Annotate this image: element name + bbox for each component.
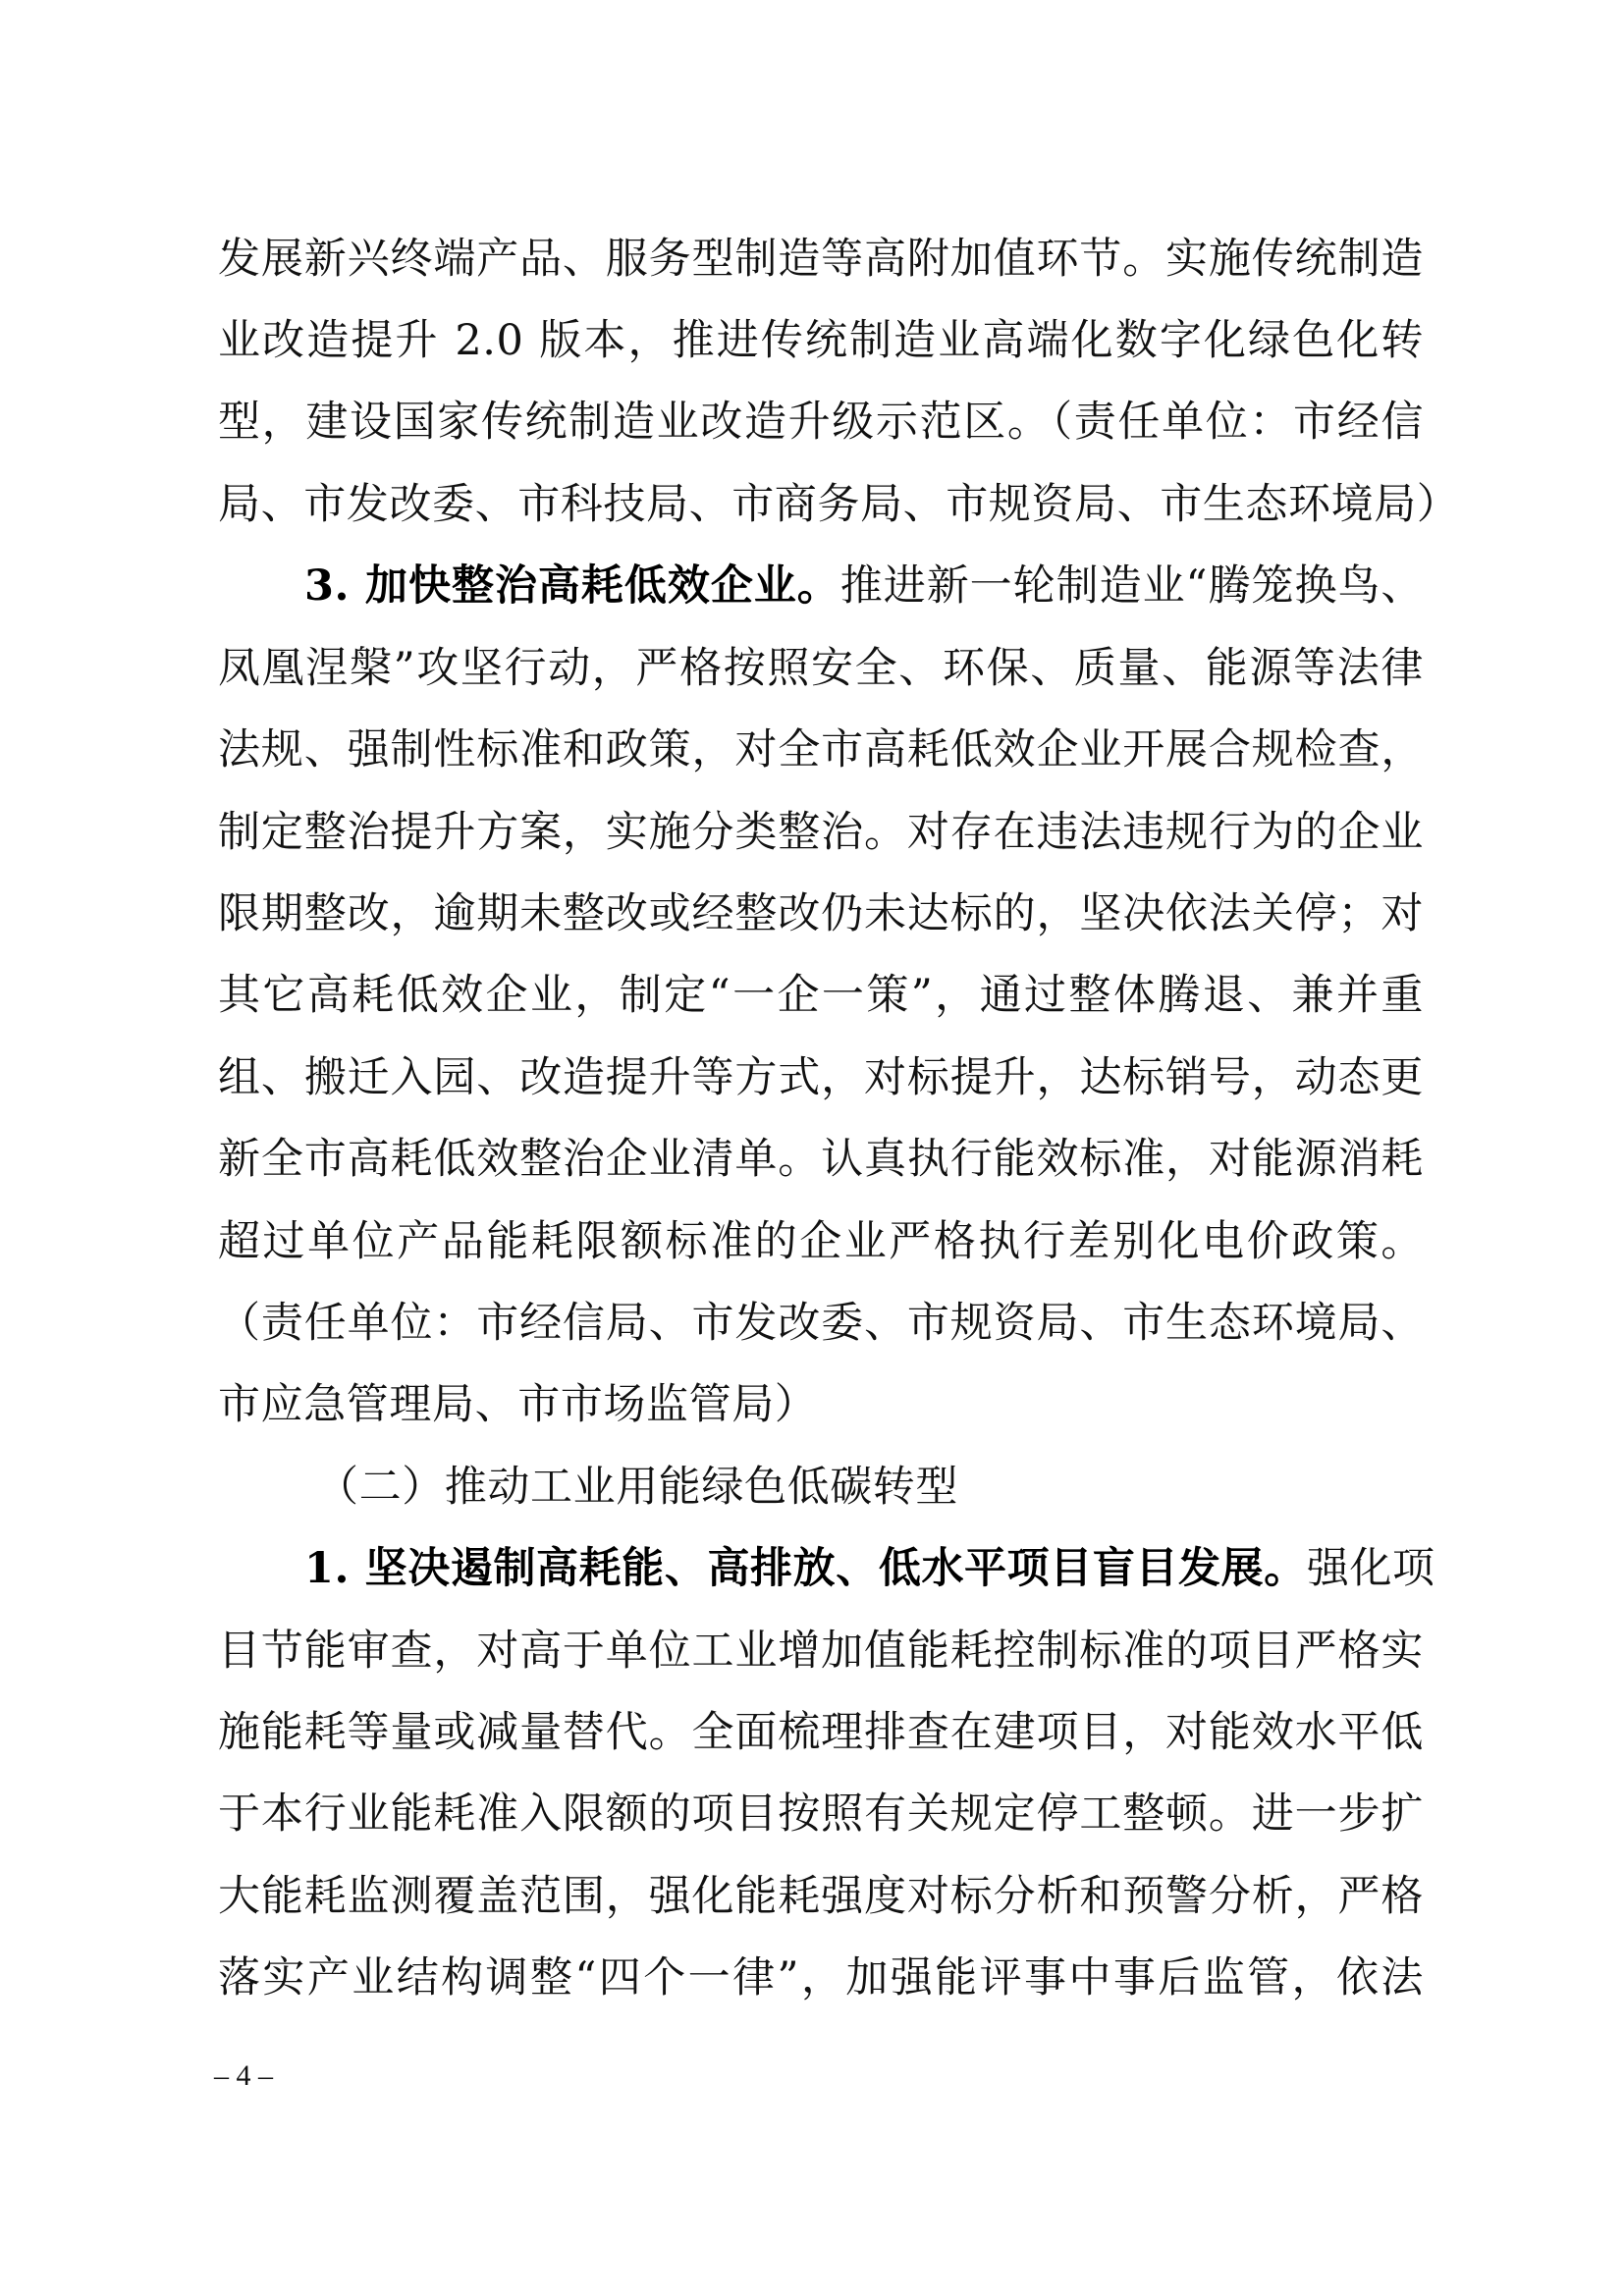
text-line: 法规、强制性标准和政策，对全市高耗低效企业开展合规检查， bbox=[218, 722, 1424, 777]
line-text: 超过单位产品能耗限额标准的企业严格执行差别化电价政策。 bbox=[218, 1217, 1424, 1266]
line-text: 大能耗监测覆盖范围，强化能耗强度对标分析和预警分析，严格 bbox=[218, 1872, 1424, 1921]
line-text: 强化项 bbox=[1307, 1544, 1435, 1593]
line-text: 推进新一轮制造业“腾笼换鸟、 bbox=[840, 561, 1424, 611]
line-text: 法规、强制性标准和政策，对全市高耗低效企业开展合规检查， bbox=[218, 725, 1424, 774]
line-text: 市应急管理局、市市场监管局） bbox=[218, 1380, 817, 1429]
line-text: 凤凰涅槃”攻坚行动，严格按照安全、环保、质量、能源等法律 bbox=[218, 644, 1424, 693]
line-text: 落实产业结构调整“四个一律”，加强能评事中事后监管，依法 bbox=[218, 1953, 1424, 2002]
line-text: 型，建设国家传统制造业改造升级示范区。（责任单位：市经信 bbox=[218, 398, 1424, 447]
text-line: 组、搬迁入园、改造提升等方式，对标提升，达标销号，动态更 bbox=[218, 1050, 1424, 1105]
line-text: 施能耗等量或减量替代。全面梳理排查在建项目，对能效水平低 bbox=[218, 1708, 1424, 1757]
text-line: 市应急管理局、市市场监管局） bbox=[218, 1377, 1424, 1432]
text-line: 局、市发改委、市科技局、市商务局、市规资局、市生态环境局） bbox=[218, 477, 1424, 532]
line-text: （责任单位：市经信局、市发改委、市规资局、市生态环境局、 bbox=[218, 1299, 1424, 1348]
line-text: 局、市发改委、市科技局、市商务局、市规资局、市生态环境局） bbox=[218, 480, 1459, 529]
text-line: 目节能审查，对高于单位工业增加值能耗控制标准的项目严格实 bbox=[218, 1624, 1424, 1679]
text-line: 新全市高耗低效整治企业清单。认真执行能效标准，对能源消耗 bbox=[218, 1132, 1424, 1187]
line-text: 于本行业能耗准入限额的项目按照有关规定停工整顿。进一步扩 bbox=[218, 1789, 1424, 1839]
text-line: 大能耗监测覆盖范围，强化能耗强度对标分析和预警分析，严格 bbox=[218, 1869, 1424, 1924]
text-line: 业改造提升 2.0 版本，推进传统制造业高端化数字化绿色化转 bbox=[218, 313, 1424, 368]
text-line: 超过单位产品能耗限额标准的企业严格执行差别化电价政策。 bbox=[218, 1214, 1424, 1269]
text-line: （责任单位：市经信局、市发改委、市规资局、市生态环境局、 bbox=[218, 1296, 1424, 1351]
text-line: 凤凰涅槃”攻坚行动，严格按照安全、环保、质量、能源等法律 bbox=[218, 641, 1424, 696]
line-text: 组、搬迁入园、改造提升等方式，对标提升，达标销号，动态更 bbox=[218, 1053, 1424, 1102]
item-heading: 3. 加快整治高耗低效企业。 bbox=[304, 561, 840, 611]
item-heading: 1. 坚决遏制高耗能、高排放、低水平项目盲目发展。 bbox=[304, 1544, 1307, 1593]
line-text: 新全市高耗低效整治企业清单。认真执行能效标准，对能源消耗 bbox=[218, 1135, 1424, 1184]
line-text: 发展新兴终端产品、服务型制造等高附加值环节。实施传统制造 bbox=[218, 235, 1424, 284]
text-line: 落实产业结构调整“四个一律”，加强能评事中事后监管，依法 bbox=[218, 1950, 1424, 2005]
document-page: 发展新兴终端产品、服务型制造等高附加值环节。实施传统制造 业改造提升 2.0 版… bbox=[0, 0, 1624, 2296]
text-line: 发展新兴终端产品、服务型制造等高附加值环节。实施传统制造 bbox=[218, 232, 1424, 287]
line-text: 目节能审查，对高于单位工业增加值能耗控制标准的项目严格实 bbox=[218, 1627, 1424, 1676]
line-text: 制定整治提升方案，实施分类整治。对存在违法违规行为的企业 bbox=[218, 808, 1424, 857]
line-text: 其它高耗低效企业，制定“一企一策”，通过整体腾退、兼并重 bbox=[218, 971, 1424, 1020]
page-number: – 4 – bbox=[214, 2059, 273, 2093]
line-text: 限期整改，逾期未整改或经整改仍未达标的，坚决依法关停；对 bbox=[218, 889, 1424, 938]
text-line: 其它高耗低效企业，制定“一企一策”，通过整体腾退、兼并重 bbox=[218, 968, 1424, 1023]
text-line: 制定整治提升方案，实施分类整治。对存在违法违规行为的企业 bbox=[218, 805, 1424, 860]
text-line: 限期整改，逾期未整改或经整改仍未达标的，坚决依法关停；对 bbox=[218, 886, 1424, 941]
text-line: 型，建设国家传统制造业改造升级示范区。（责任单位：市经信 bbox=[218, 395, 1424, 450]
line-text: 业改造提升 2.0 版本，推进传统制造业高端化数字化绿色化转 bbox=[218, 316, 1424, 365]
section-heading: （二）推动工业用能绿色低碳转型 bbox=[218, 1460, 1424, 1515]
text-line: 施能耗等量或减量替代。全面梳理排查在建项目，对能效水平低 bbox=[218, 1705, 1424, 1760]
item-heading-line: 1. 坚决遏制高耗能、高排放、低水平项目盲目发展。强化项 bbox=[218, 1541, 1424, 1596]
section-heading-text: （二）推动工业用能绿色低碳转型 bbox=[316, 1463, 958, 1512]
item-heading-line: 3. 加快整治高耗低效企业。推进新一轮制造业“腾笼换鸟、 bbox=[218, 559, 1424, 614]
text-line: 于本行业能耗准入限额的项目按照有关规定停工整顿。进一步扩 bbox=[218, 1787, 1424, 1842]
